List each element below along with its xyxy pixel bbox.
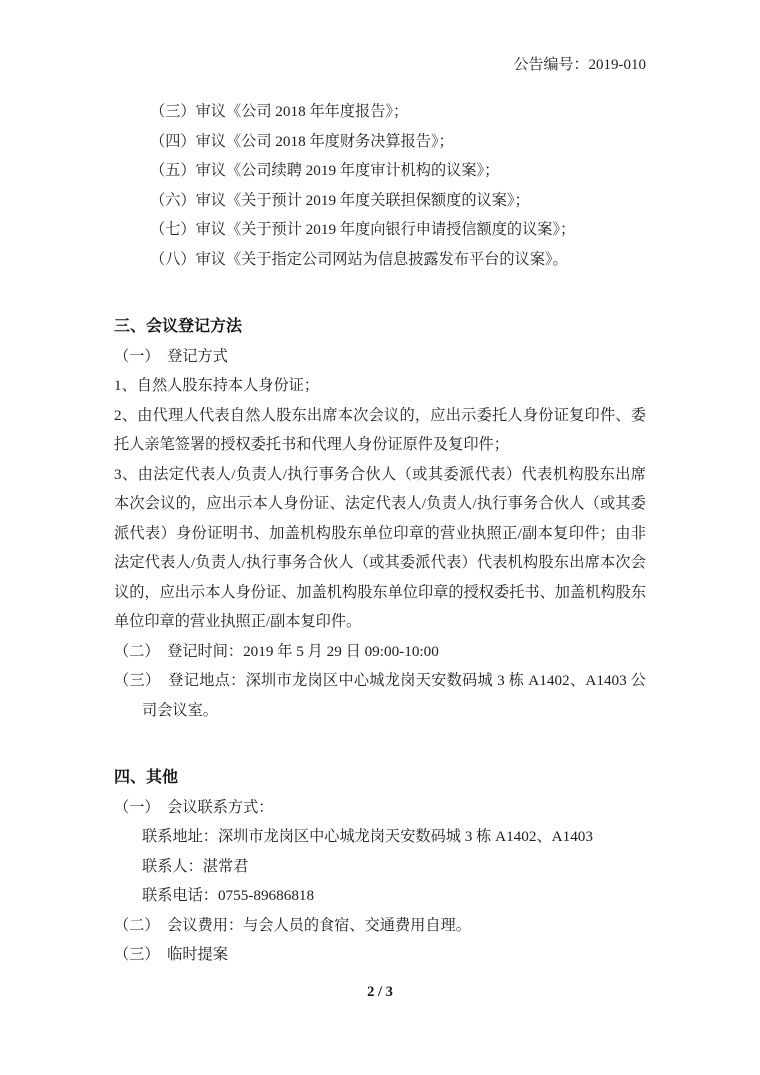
- agenda-item: （八）审议《关于指定公司网站为信息披露发布平台的议案》。: [114, 245, 646, 275]
- contact-phone: 联系电话：0755-89686818: [114, 881, 646, 911]
- agenda-item: （四）审议《公司 2018 年度财务决算报告》；: [114, 127, 646, 157]
- document-page: 公告编号：2019-010 （三）审议《公司 2018 年年度报告》； （四）审…: [0, 0, 760, 1075]
- agenda-list: （三）审议《公司 2018 年年度报告》； （四）审议《公司 2018 年度财务…: [114, 97, 646, 274]
- notice-number: 公告编号：2019-010: [114, 55, 646, 75]
- agenda-item: （七）审议《关于预计 2019 年度向银行申请授信额度的议案》；: [114, 215, 646, 245]
- agenda-item: （五）审议《公司续聘 2019 年度审计机构的议案》；: [114, 156, 646, 186]
- agenda-item: （三）审议《公司 2018 年年度报告》；: [114, 97, 646, 127]
- registration-rule-3: 3、由法定代表人/负责人/执行事务合伙人（或其委派代表）代表机构股东出席本次会议…: [114, 460, 646, 637]
- page-number: 2 / 3: [114, 982, 646, 1002]
- contact-person: 联系人：湛常君: [114, 852, 646, 882]
- registration-time: （二） 登记时间：2019 年 5 月 29 日 09:00-10:00: [114, 637, 646, 667]
- meeting-expense: （二） 会议费用：与会人员的食宿、交通费用自理。: [114, 911, 646, 941]
- contact-method-label: （一） 会议联系方式：: [114, 793, 646, 823]
- temporary-proposal: （三） 临时提案: [114, 940, 646, 970]
- registration-method-label: （一） 登记方式: [114, 342, 646, 372]
- section-title-other: 四、其他: [114, 763, 646, 793]
- other-section: （一） 会议联系方式： 联系地址：深圳市龙岗区中心城龙岗天安数码城 3 栋 A1…: [114, 793, 646, 970]
- registration-rule-1: 1、自然人股东持本人身份证；: [114, 371, 646, 401]
- agenda-item: （六）审议《关于预计 2019 年度关联担保额度的议案》；: [114, 186, 646, 216]
- registration-location: （三） 登记地点：深圳市龙岗区中心城龙岗天安数码城 3 栋 A1402、A140…: [114, 666, 646, 725]
- registration-rule-2: 2、由代理人代表自然人股东出席本次会议的，应出示委托人身份证复印件、委托人亲笔签…: [114, 401, 646, 460]
- registration-section: （一） 登记方式 1、自然人股东持本人身份证； 2、由代理人代表自然人股东出席本…: [114, 342, 646, 726]
- contact-address: 联系地址：深圳市龙岗区中心城龙岗天安数码城 3 栋 A1402、A1403: [114, 822, 646, 852]
- section-title-registration: 三、会议登记方法: [114, 312, 646, 342]
